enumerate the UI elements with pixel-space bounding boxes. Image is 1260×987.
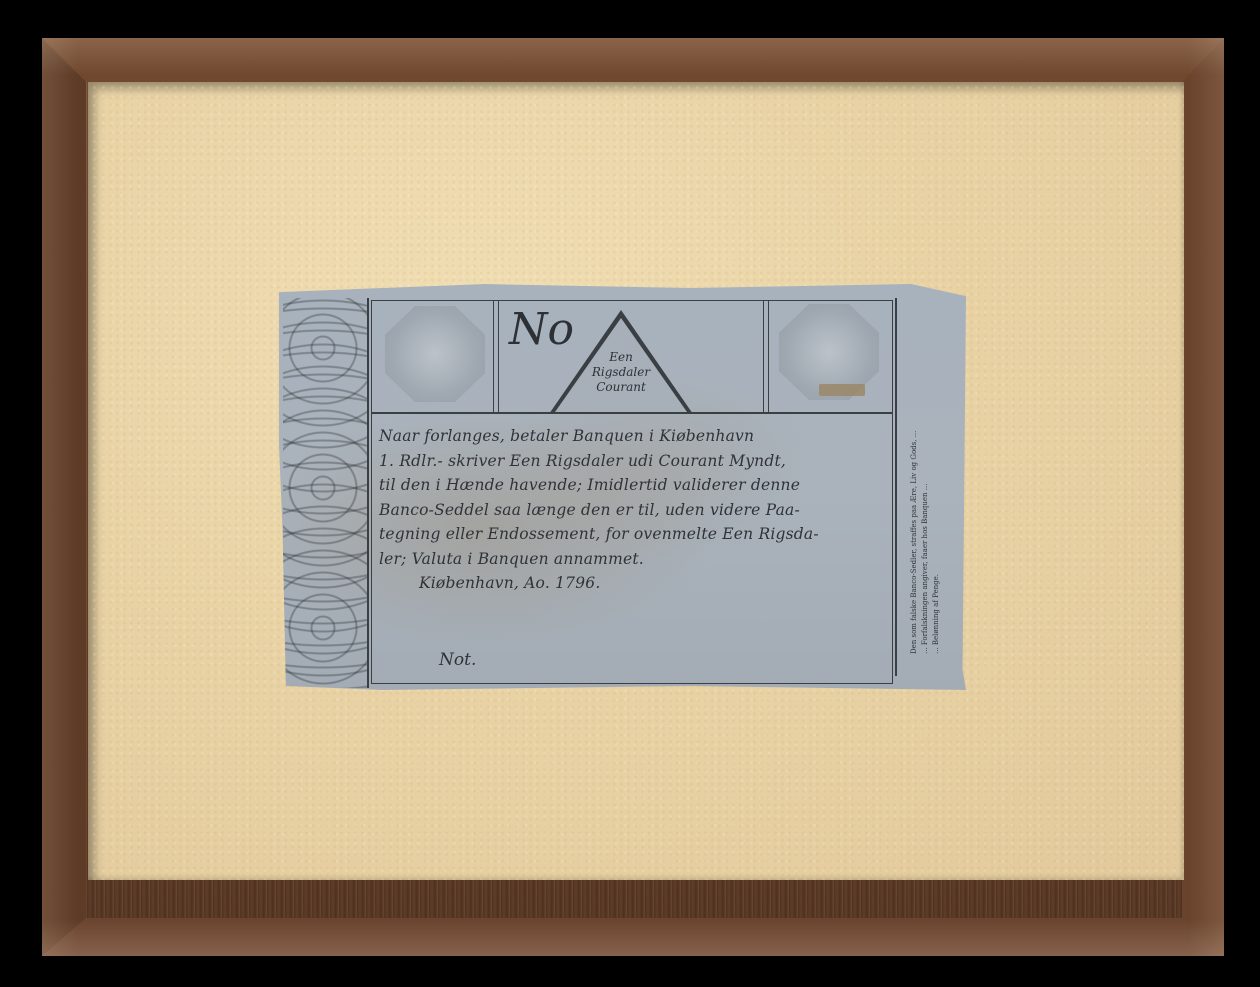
denomination-line: Courant xyxy=(579,380,663,395)
denomination-text: Een Rigsdaler Courant xyxy=(579,350,663,395)
denomination-line: Een xyxy=(579,350,663,365)
banknote-body-text: Naar forlanges, betaler Banquen i Kiøben… xyxy=(379,424,889,596)
paper-stain xyxy=(819,384,865,396)
body-line: 1. Rdlr.- skriver Een Rigsdaler udi Cour… xyxy=(379,449,889,474)
side-warning-text: Den som falske Banco-Sedler, straffes pa… xyxy=(909,294,942,654)
denomination-line: Rigsdaler xyxy=(579,365,663,380)
signature: Not. xyxy=(439,650,476,670)
side-line: ... Belønning af Penge. xyxy=(931,294,942,654)
place-date: Kiøbenhavn, Ao. 1796. xyxy=(379,571,889,596)
ornamental-left-border xyxy=(283,298,369,688)
side-line: Den som falske Banco-Sedler, straffes pa… xyxy=(909,294,920,654)
header-divider xyxy=(763,300,769,414)
body-line: tegning eller Endossement, for ovenmelte… xyxy=(379,522,889,547)
banknote: No Een Rigsdaler Courant Naar forlanges,… xyxy=(279,284,966,690)
body-line: til den i Hænde havende; Imidlertid vali… xyxy=(379,473,889,498)
header-divider xyxy=(493,300,499,414)
body-line: Banco-Seddel saa længe den er til, uden … xyxy=(379,498,889,523)
body-line: Naar forlanges, betaler Banquen i Kiøben… xyxy=(379,424,889,449)
side-line: ... Forfalskningen angiver, faaer hos Ba… xyxy=(920,294,931,654)
body-line: ler; Valuta i Banquen annammet. xyxy=(379,547,889,572)
